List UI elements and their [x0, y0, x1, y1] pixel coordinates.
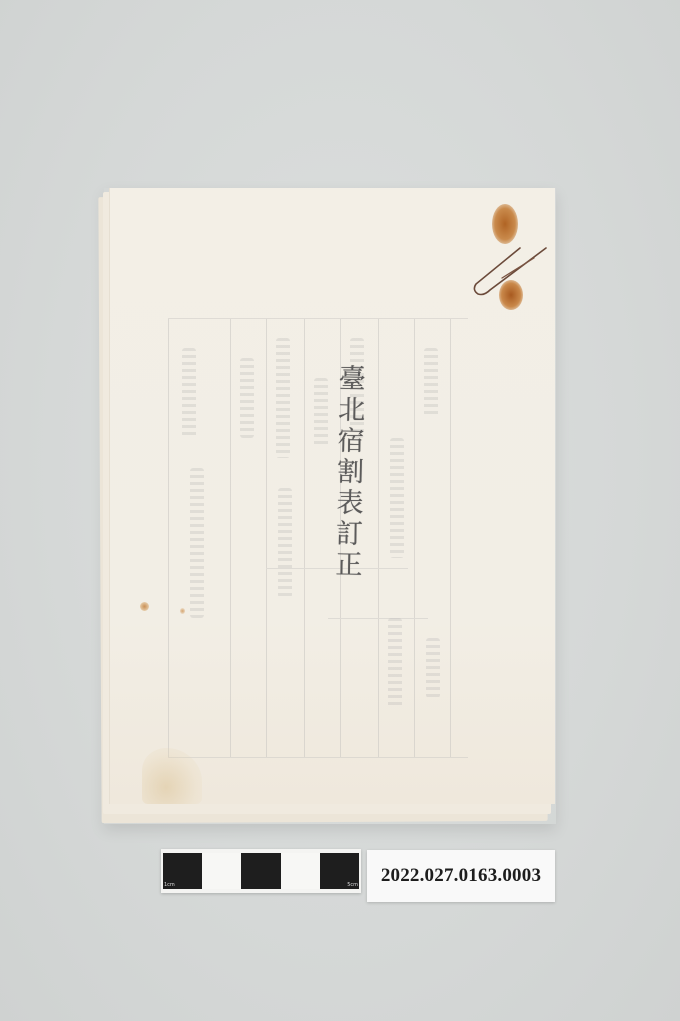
- color-scale-bar: 1cm 5cm: [161, 849, 361, 893]
- paper-clip-icon: [472, 238, 552, 308]
- scale-cell: [241, 853, 280, 889]
- show-through-table: [168, 318, 468, 758]
- foxing-spot-small: [180, 608, 185, 614]
- scale-cell: [202, 853, 241, 889]
- foxing-spot: [140, 602, 149, 611]
- accession-number-label: 2022.027.0163.0003: [367, 850, 555, 902]
- accession-number: 2022.027.0163.0003: [381, 865, 541, 887]
- document-front-page: 臺北宿割表訂正: [109, 188, 555, 804]
- scale-label-end: 5cm: [347, 882, 358, 888]
- archival-photo: 臺北宿割表訂正 1cm 5cm 2022.027.0163.0003: [0, 0, 680, 1021]
- scale-label-start: 1cm: [164, 882, 175, 888]
- scale-cell: 1cm: [163, 853, 202, 889]
- handwritten-title: 臺北宿割表訂正: [326, 364, 369, 582]
- scale-cell: 5cm: [320, 853, 359, 889]
- scale-cell: [281, 853, 320, 889]
